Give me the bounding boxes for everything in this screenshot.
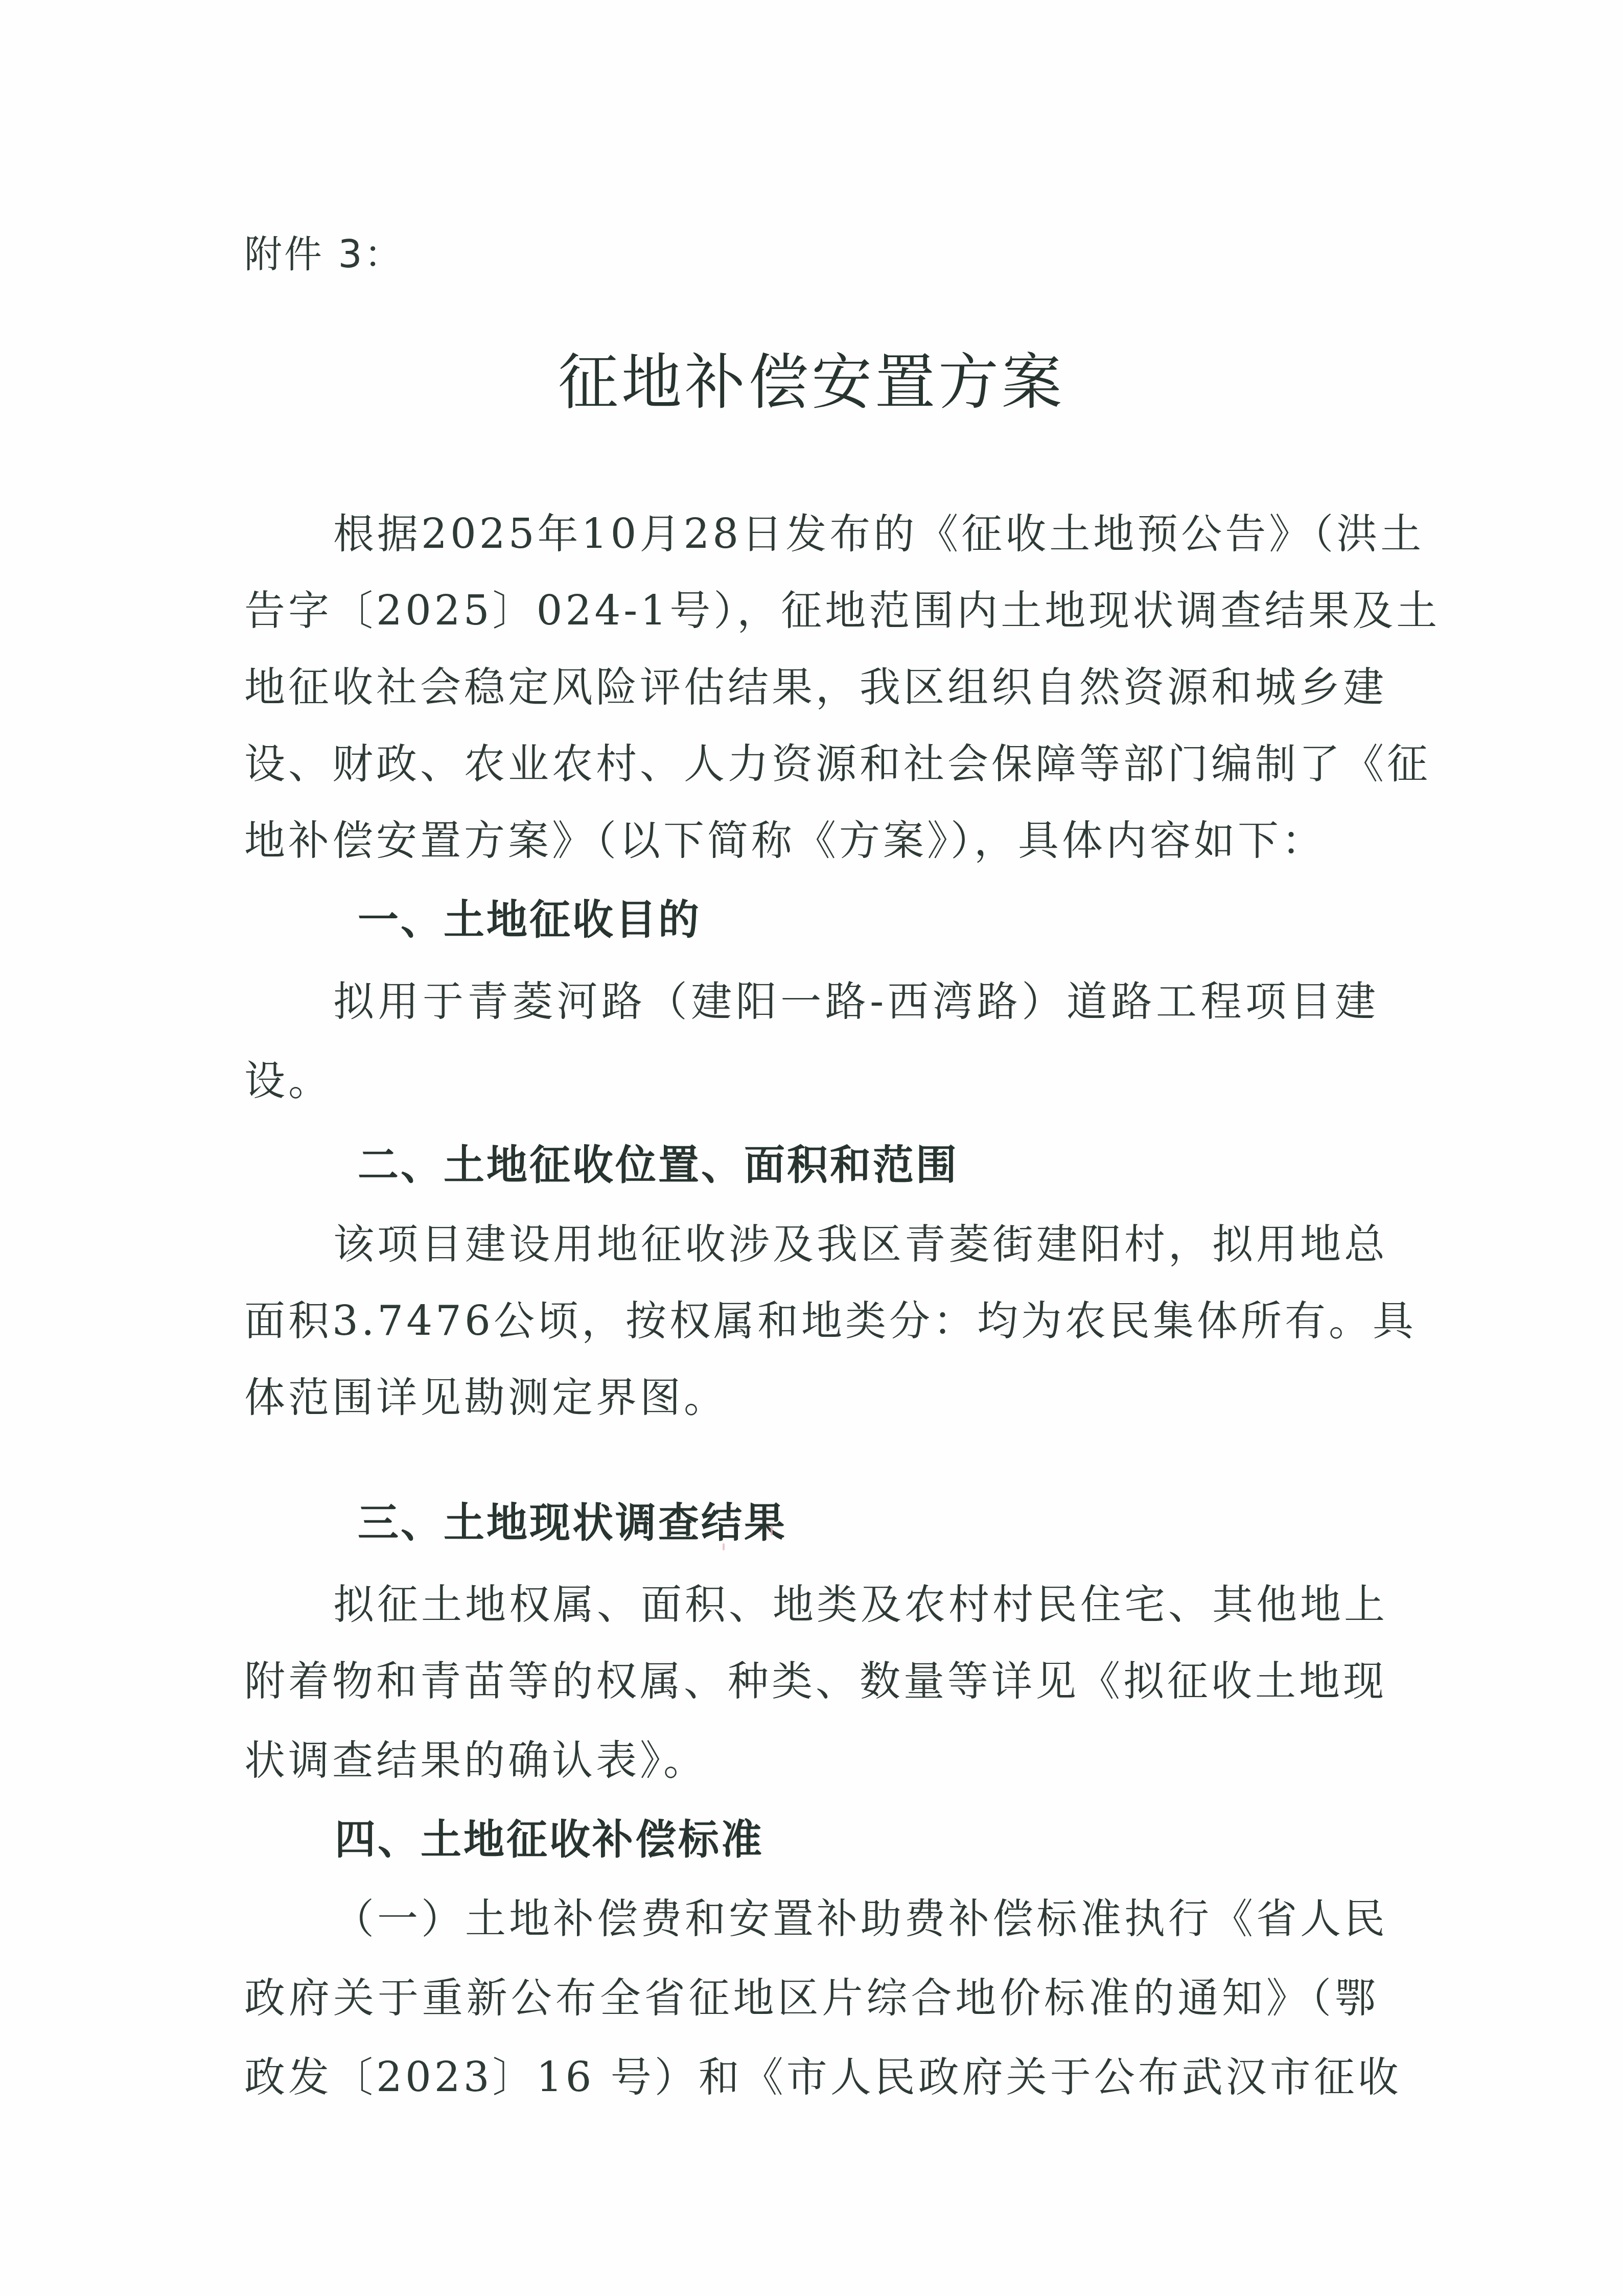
document-page: 附件 3： 征地补偿安置方案 根据2025年10月28日发布的《征收土地预公告》… (0, 0, 1623, 2296)
section-3-line-2: 附着物和青苗等的权属、种类、数量等详见《拟征收土地现 (244, 1653, 1379, 1709)
section-3-line-1: 拟征土地权属、面积、地类及农村村民住宅、其他地上 (333, 1576, 1379, 1633)
intro-line-3: 地征收社会稳定风险评估结果，我区组织自然资源和城乡建 (244, 659, 1379, 715)
section-heading-3: 三、土地现状调查结果 (358, 1495, 787, 1551)
section-2-line-3: 体范围详见勘测定界图。 (244, 1370, 1379, 1426)
document-title: 征地补偿安置方案 (0, 341, 1623, 423)
intro-line-4: 设、财政、农业农村、人力资源和社会保障等部门编制了《征 (244, 736, 1379, 792)
section-2-line-1: 该项目建设用地征收涉及我区青菱街建阳村，拟用地总 (333, 1216, 1379, 1272)
intro-line-2: 告字〔2025〕024-1号），征地范围内土地现状调查结果及土 (244, 583, 1379, 639)
section-2-line-2: 面积3.7476公顷，按权属和地类分：均为农民集体所有。具 (244, 1293, 1379, 1349)
section-4-line-3: 政发〔2023〕16 号）和《市人民政府关于公布武汉市征收 (244, 2049, 1379, 2105)
scan-artifact-mark (771, 1525, 773, 1536)
section-heading-1: 一、土地征收目的 (358, 892, 701, 948)
section-heading-4: 四、土地征收补偿标准 (335, 1812, 764, 1868)
section-4-line-2: 政府关于重新公布全省征地区片综合地价标准的通知》（鄂 (244, 1970, 1379, 2026)
scan-artifact-mark (723, 1543, 725, 1550)
attachment-label: 附件 3： (244, 229, 404, 280)
section-1-line-2: 设。 (244, 1053, 1379, 1109)
section-heading-2: 二、土地征收位置、面积和范围 (358, 1137, 959, 1193)
section-1-line-1: 拟用于青菱河路（建阳一路-西湾路）道路工程项目建 (333, 973, 1379, 1030)
intro-line-1: 根据2025年10月28日发布的《征收土地预公告》（洪土 (333, 506, 1379, 562)
section-3-line-3: 状调查结果的确认表》。 (244, 1732, 1379, 1789)
intro-line-5: 地补偿安置方案》（以下简称《方案》），具体内容如下： (244, 813, 1379, 869)
section-4-line-1: （一）土地补偿费和安置补助费补偿标准执行《省人民 (333, 1891, 1379, 1947)
